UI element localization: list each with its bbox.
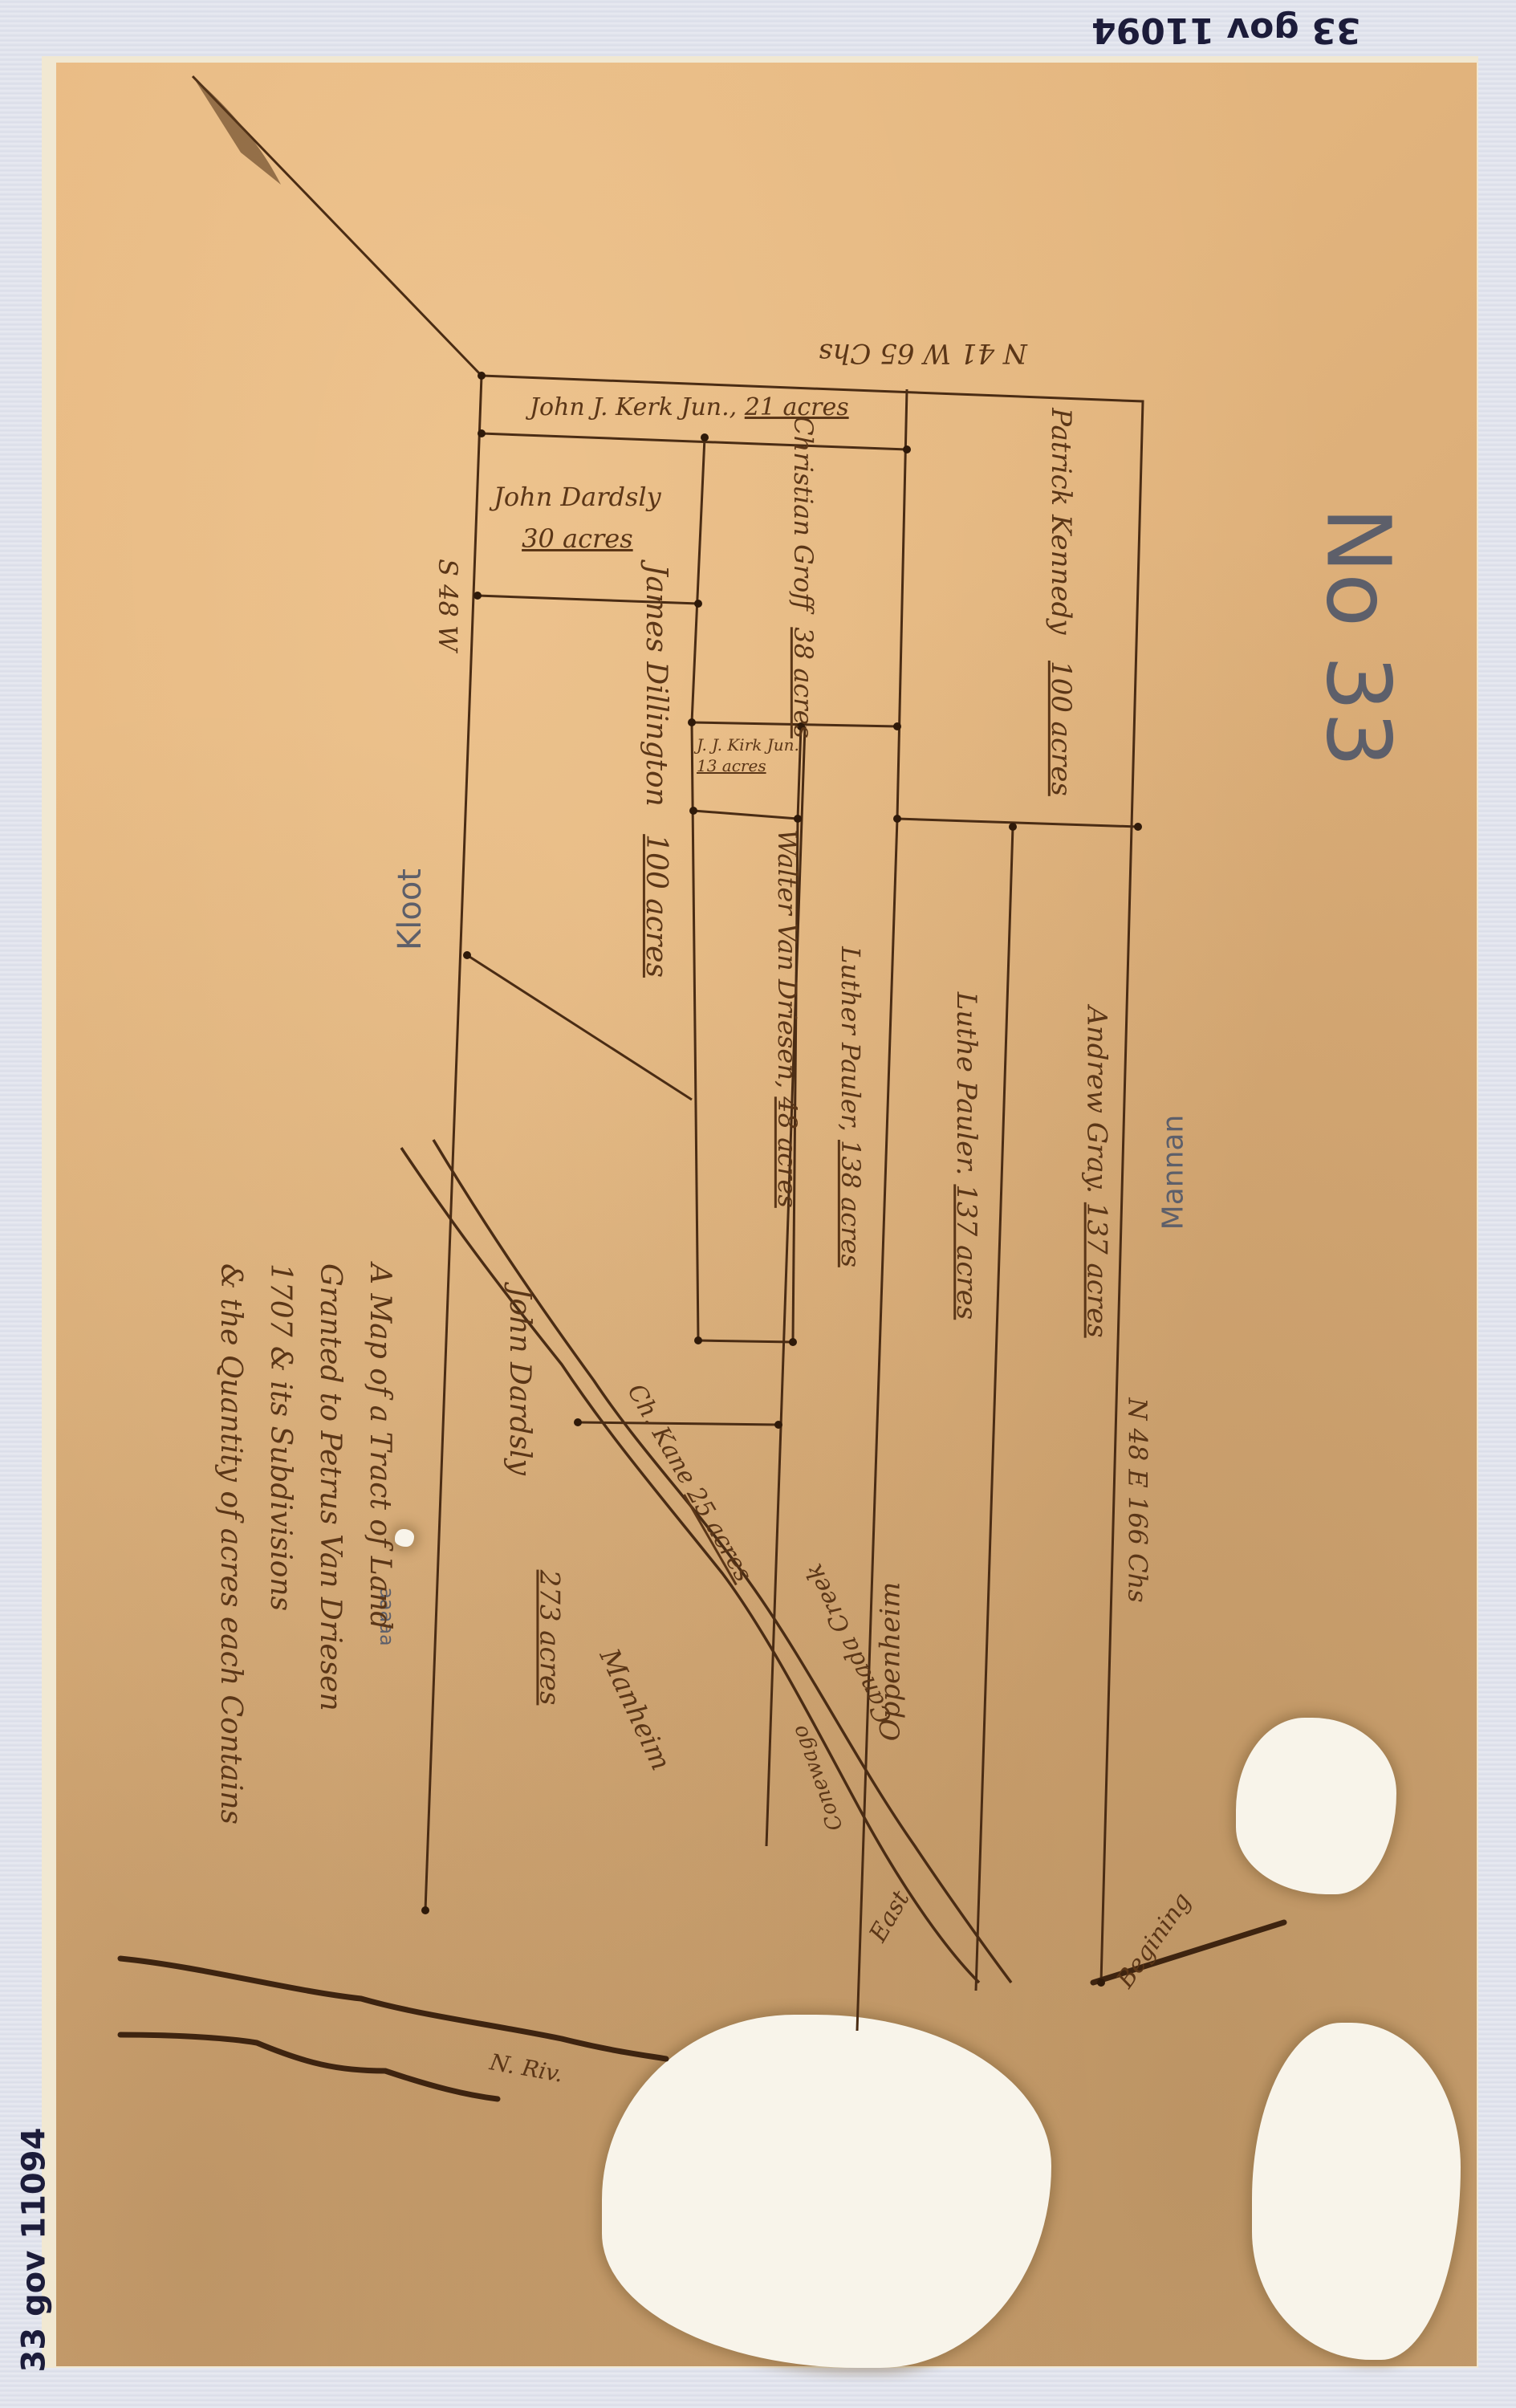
survey-plat	[0, 0, 1516, 2408]
bearing-top: N 41 W 65 Chs	[819, 337, 1027, 369]
parcel-line	[897, 389, 907, 819]
hatched-corner	[193, 76, 281, 185]
oppenheim-label: Oppenheim	[874, 1582, 906, 1742]
creek-bank-1	[401, 1148, 979, 1983]
catalog-number-side: 33 gov 11094	[15, 2128, 52, 2373]
parcel-kennedy-100: Patrick Kennedy 100 acres	[1045, 408, 1077, 796]
parcel-line	[698, 1340, 793, 1342]
parcel-line	[897, 819, 1138, 827]
parcel-kirk-13: J. J. Kirk Jun. 13 acres	[697, 734, 799, 776]
parcel-pauler-138: Luther Pauler, 138 acres	[835, 946, 866, 1267]
parcel-line	[482, 433, 907, 449]
catalog-number-top: 33 gov 11094	[1091, 10, 1360, 51]
map-title: A Map of a Tract of Land Granted to Petr…	[205, 1263, 404, 1906]
river-bank-2	[120, 2035, 498, 2099]
parcel-pauler-137: Luthe Pauler. 137 acres	[950, 992, 982, 1320]
parcel-line	[692, 437, 705, 722]
title-line-1: A Map of a Tract of Land	[355, 1263, 404, 1906]
parcel-dardsly-273-acres: 273 acres	[533, 1570, 565, 1706]
parcel-line	[693, 811, 798, 819]
title-line-2: Granted to Petrus Van Driesen	[305, 1263, 355, 1906]
parcel-groff-38: Christian Groff 38 acres	[788, 416, 819, 738]
parcel-dillington-100: James Dillington 100 acres	[640, 564, 673, 978]
parcel-dardsly-273-owner: John Dardsly	[503, 1287, 536, 1475]
pencil-note-left: Kloot	[392, 868, 429, 950]
title-line-3: 1707 & its Subdivisions	[255, 1263, 305, 1906]
title-line-4: & the Quantity of acres each Contains	[205, 1263, 255, 1906]
bearing-left: S 48 W	[433, 559, 463, 652]
parcel-line	[692, 722, 698, 1340]
bearing-right: N 48 E 166 Chs	[1123, 1397, 1153, 1602]
sheet-number: No 33	[1307, 507, 1409, 768]
parcel-gray-137: Andrew Gray. 137 acres	[1081, 1006, 1113, 1337]
parcel-dardsly-30: John Dardsly 30 acres	[494, 482, 661, 554]
pencil-note-right: Mannan	[1156, 1115, 1189, 1230]
parcel-van-driesen-48: Walter Van Driesen, 48 acres	[772, 829, 803, 1208]
river-bank-1	[120, 1959, 666, 2059]
parcel-line	[578, 1422, 778, 1425]
